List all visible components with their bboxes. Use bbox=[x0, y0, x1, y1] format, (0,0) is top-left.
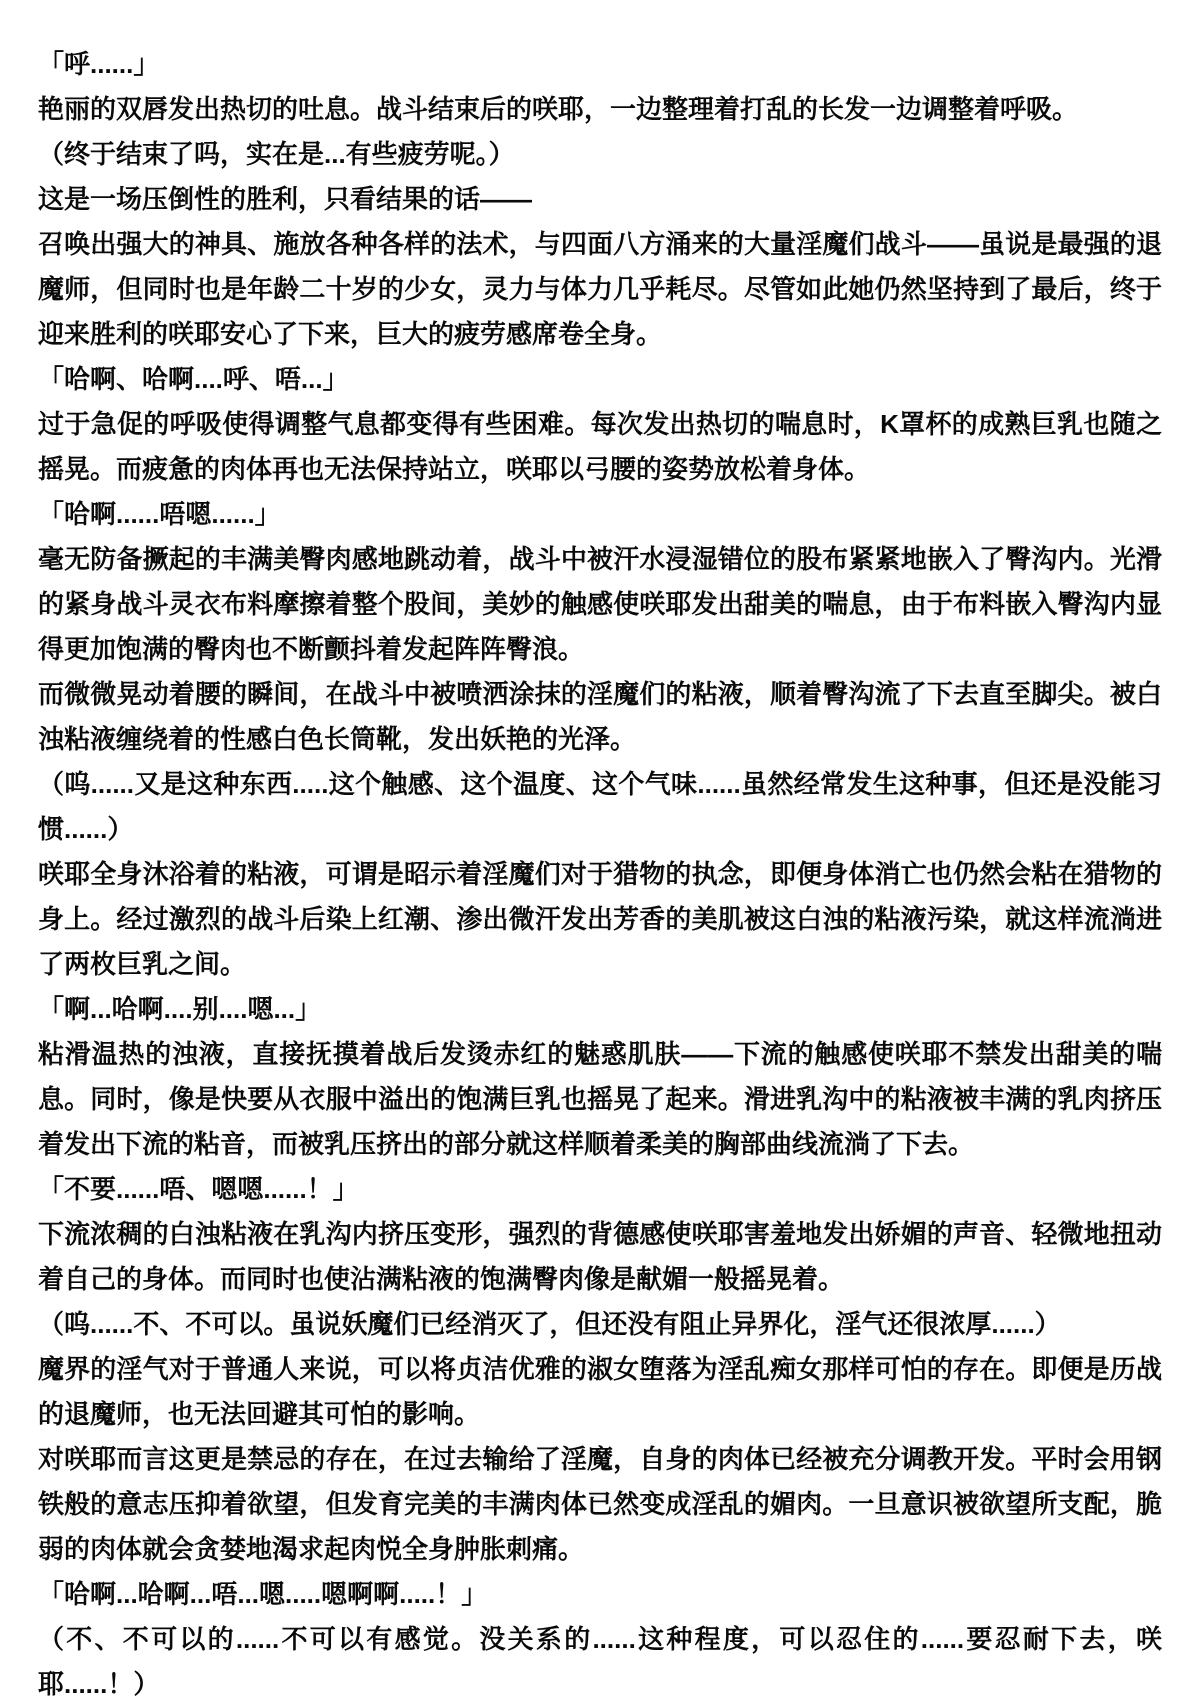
inner-thought-line: （终于结束了吗，实在是...有些疲劳呢。） bbox=[38, 132, 1162, 177]
dialogue-line: 「哈啊......唔嗯......」 bbox=[38, 492, 1162, 537]
dialogue-line: 「不要......唔、嗯嗯......！」 bbox=[38, 1167, 1162, 1212]
narration-paragraph: 毫无防备撅起的丰满美臀肉感地跳动着，战斗中被汗水浸湿错位的股布紧紧地嵌入了臀沟内… bbox=[38, 537, 1162, 672]
inner-thought-line: （不、不可以的......不可以有感觉。没关系的......这种程度，可以忍住的… bbox=[38, 1617, 1162, 1700]
narration-paragraph: 下流浓稠的白浊粘液在乳沟内挤压变形，强烈的背德感使咲耶害羞地发出娇媚的声音、轻微… bbox=[38, 1212, 1162, 1302]
narration-paragraph: 过于急促的呼吸使得调整气息都变得有些困难。每次发出热切的喘息时，K罩杯的成熟巨乳… bbox=[38, 402, 1162, 492]
narration-paragraph: 这是一场压倒性的胜利，只看结果的话—— bbox=[38, 177, 1162, 222]
novel-text-page: 「呼......」 艳丽的双唇发出热切的吐息。战斗结束后的咲耶，一边整理着打乱的… bbox=[0, 0, 1200, 1700]
narration-paragraph: 艳丽的双唇发出热切的吐息。战斗结束后的咲耶，一边整理着打乱的长发一边调整着呼吸。 bbox=[38, 87, 1162, 132]
narration-paragraph: 而微微晃动着腰的瞬间，在战斗中被喷洒涂抹的淫魔们的粘液，顺着臀沟流了下去直至脚尖… bbox=[38, 672, 1162, 762]
narration-paragraph: 召唤出强大的神具、施放各种各样的法术，与四面八方涌来的大量淫魔们战斗——虽说是最… bbox=[38, 222, 1162, 357]
narration-paragraph: 粘滑温热的浊液，直接抚摸着战后发烫赤红的魅惑肌肤——下流的触感使咲耶不禁发出甜美… bbox=[38, 1032, 1162, 1167]
dialogue-line: 「哈啊...哈啊...唔...嗯.....嗯啊啊.....！」 bbox=[38, 1572, 1162, 1617]
dialogue-line: 「哈啊、哈啊....呼、唔...」 bbox=[38, 357, 1162, 402]
dialogue-line: 「啊...哈啊....别....嗯...」 bbox=[38, 987, 1162, 1032]
inner-thought-line: （呜......不、不可以。虽说妖魔们已经消灭了，但还没有阻止异界化，淫气还很浓… bbox=[38, 1302, 1162, 1347]
dialogue-line: 「呼......」 bbox=[38, 42, 1162, 87]
narration-paragraph: 魔界的淫气对于普通人来说，可以将贞洁优雅的淑女堕落为淫乱痴女那样可怕的存在。即便… bbox=[38, 1347, 1162, 1437]
narration-paragraph: 对咲耶而言这更是禁忌的存在，在过去输给了淫魔，自身的肉体已经被充分调教开发。平时… bbox=[38, 1437, 1162, 1572]
narration-paragraph: 咲耶全身沐浴着的粘液，可谓是昭示着淫魔们对于猎物的执念，即便身体消亡也仍然会粘在… bbox=[38, 852, 1162, 987]
inner-thought-line: （呜......又是这种东西.....这个触感、这个温度、这个气味......虽… bbox=[38, 762, 1162, 852]
